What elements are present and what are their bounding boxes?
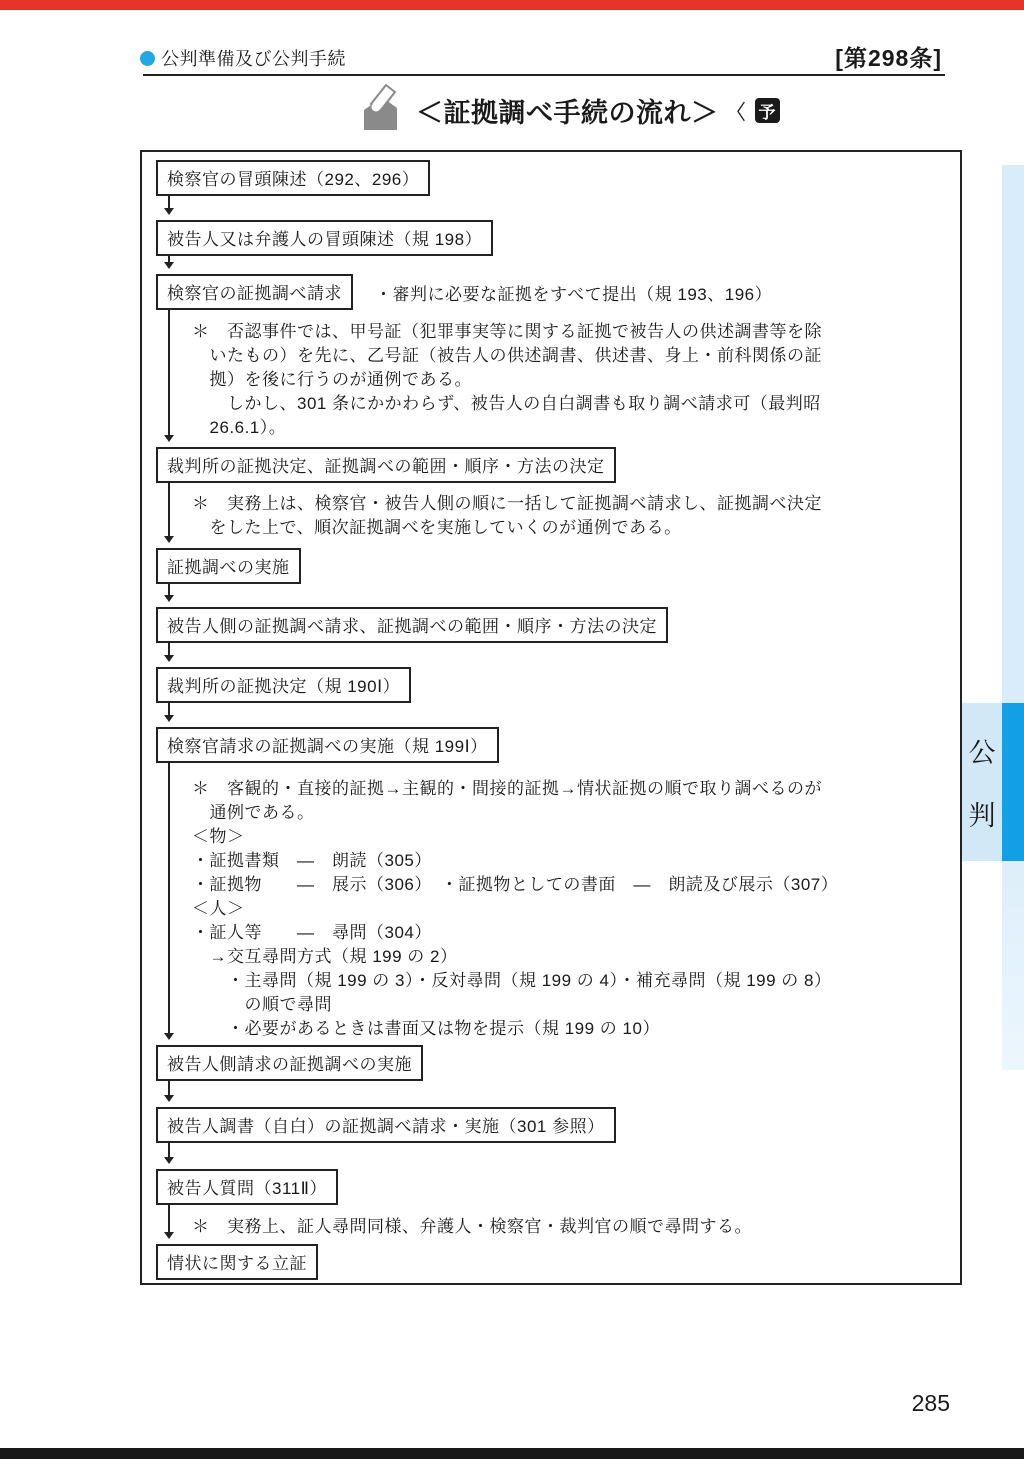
- section-bullet-icon: [140, 51, 155, 66]
- flow-row: 被告人側請求の証拠調べの実施: [156, 1045, 423, 1081]
- page-number: 285: [880, 1390, 950, 1417]
- flow-side-note: ・審判に必要な証拠をすべて提出（規 193、196）: [375, 280, 772, 305]
- flow-row: 検察官の証拠調べ請求 ・審判に必要な証拠をすべて提出（規 193、196）: [156, 274, 772, 310]
- flow-box-sentencing-evidence: 情状に関する立証: [156, 1244, 318, 1280]
- flow-row: 被告人又は弁護人の冒頭陳述（規 198）: [156, 220, 493, 256]
- flow-row: 検察官請求の証拠調べの実施（規 199Ⅰ）: [156, 727, 499, 763]
- flow-box-defense-evidence-execution: 被告人側請求の証拠調べの実施: [156, 1045, 423, 1081]
- flow-box-evidence-request-prosecutor: 検察官の証拠調べ請求: [156, 274, 353, 310]
- flow-box-court-evidence-decision: 裁判所の証拠決定、証拠調べの範囲・順序・方法の決定: [156, 447, 616, 483]
- side-tab-marker: [1002, 703, 1024, 861]
- article-number: [第298条]: [812, 40, 942, 73]
- side-index-strip: [1002, 165, 1024, 1070]
- side-tab-char: 公: [969, 731, 996, 770]
- side-tab-char: 判: [969, 794, 996, 833]
- flow-box-opening-statement-prosecutor: 検察官の冒頭陳述（292、296）: [156, 160, 430, 196]
- down-arrow: [168, 1203, 170, 1237]
- flowchart-frame: 検察官の冒頭陳述（292、296） 被告人又は弁護人の冒頭陳述（規 198） 検…: [140, 150, 962, 1285]
- down-arrow: [168, 761, 170, 1038]
- down-arrow: [168, 194, 170, 213]
- badge-arrow-icon: 〈: [729, 96, 745, 125]
- down-arrow: [168, 701, 170, 720]
- down-arrow: [168, 308, 170, 440]
- flow-box-court-decision-rule190: 裁判所の証拠決定（規 190Ⅰ）: [156, 667, 411, 703]
- flow-note-4: ＊ 実務上、証人尋問同様、弁護人・検察官・裁判官の順で尋問する。: [192, 1215, 752, 1239]
- side-tab-kohan: 公 判: [962, 703, 1002, 861]
- title-row: ＜証拠調べ手続の流れ＞ 〈 予: [362, 84, 780, 137]
- flow-box-evidence-request-defense: 被告人側の証拠調べ請求、証拠調べの範囲・順序・方法の決定: [156, 607, 668, 643]
- down-arrow: [168, 481, 170, 541]
- flow-note-3: ＊ 客観的・直接的証拠→主観的・間接的証拠→情状証拠の順で取り調べるのが 通例で…: [192, 777, 838, 1041]
- down-arrow: [168, 254, 170, 267]
- flow-box-opening-statement-defense: 被告人又は弁護人の冒頭陳述（規 198）: [156, 220, 493, 256]
- page-title: ＜証拠調べ手続の流れ＞: [416, 91, 719, 130]
- writing-hand-icon: [362, 84, 408, 137]
- flow-note-1: ＊ 否認事件では、甲号証（犯罪事実等に関する証拠で被告人の供述調書等を除 いたも…: [192, 320, 822, 440]
- flow-row: 被告人側の証拠調べ請求、証拠調べの範囲・順序・方法の決定: [156, 607, 668, 643]
- section-label: 公判準備及び公判手続: [161, 45, 346, 71]
- down-arrow: [168, 1141, 170, 1162]
- flow-note-2: ＊ 実務上は、検察官・被告人側の順に一括して証拠調べ請求し、証拠調べ決定 をした…: [192, 492, 822, 540]
- down-arrow: [168, 641, 170, 660]
- flow-row: 裁判所の証拠決定、証拠調べの範囲・順序・方法の決定: [156, 447, 616, 483]
- flow-row: 情状に関する立証: [156, 1244, 318, 1280]
- down-arrow: [168, 582, 170, 600]
- yobi-badge: 予: [755, 98, 780, 123]
- down-arrow: [168, 1079, 170, 1100]
- flow-box-defendant-questioning: 被告人質問（311Ⅱ）: [156, 1169, 338, 1205]
- flow-row: 検察官の冒頭陳述（292、296）: [156, 160, 430, 196]
- flow-row: 証拠調べの実施: [156, 548, 301, 584]
- flow-box-evidence-examination: 証拠調べの実施: [156, 548, 301, 584]
- flow-box-prosecutor-evidence-execution: 検察官請求の証拠調べの実施（規 199Ⅰ）: [156, 727, 499, 763]
- flow-row: 被告人質問（311Ⅱ）: [156, 1169, 338, 1205]
- header-rule: [143, 74, 945, 76]
- bottom-black-bar: [0, 1448, 1024, 1459]
- flow-row: 裁判所の証拠決定（規 190Ⅰ）: [156, 667, 411, 703]
- flow-box-defendant-statement-record: 被告人調書（自白）の証拠調べ請求・実施（301 参照）: [156, 1107, 616, 1143]
- top-red-bar: [0, 0, 1024, 10]
- flow-row: 被告人調書（自白）の証拠調べ請求・実施（301 参照）: [156, 1107, 616, 1143]
